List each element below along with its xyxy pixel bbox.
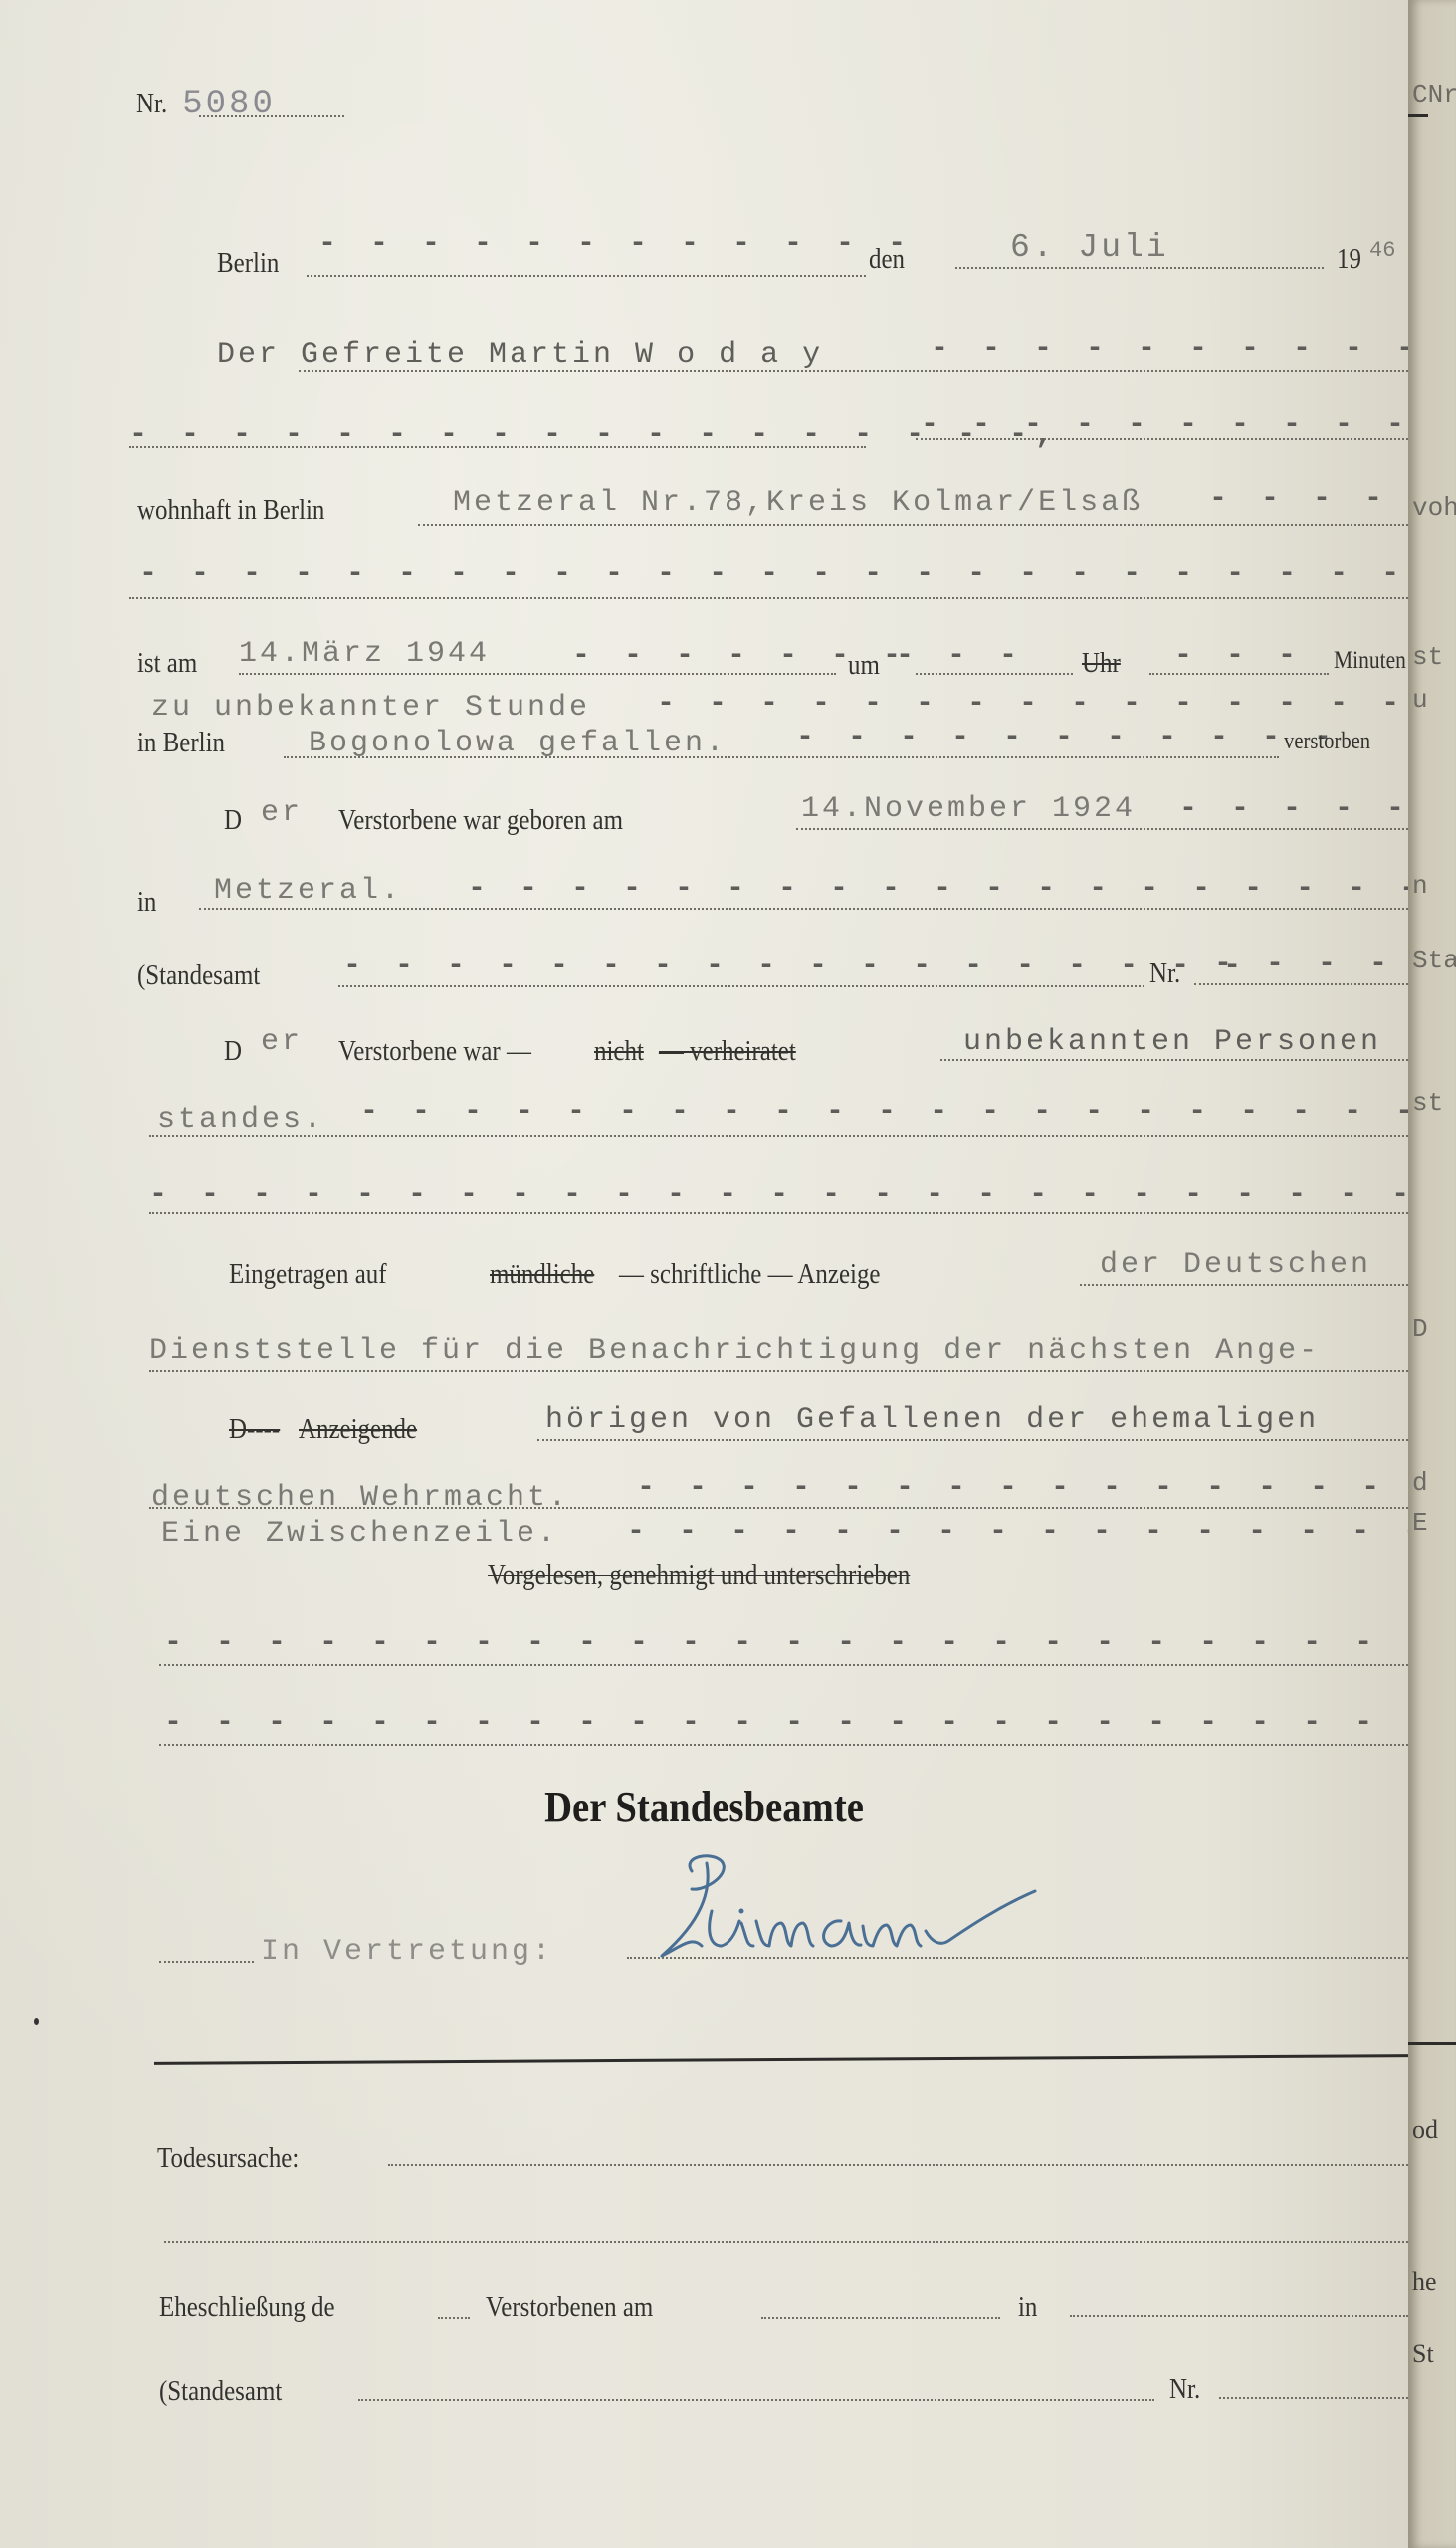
dotted-line	[199, 908, 1408, 910]
dotted-line	[199, 115, 344, 117]
marriage-in-row: in	[1018, 2291, 1041, 2324]
registrar-title: Der Standesbeamte	[85, 1782, 1324, 1832]
dotted-line	[284, 756, 1279, 758]
interline-note: Eine Zwischenzeile.	[161, 1517, 558, 1551]
marital-label: Verstorbene war —	[338, 1035, 531, 1068]
marriage-nr-field	[1219, 2397, 1408, 2399]
anzeigende-prefix: D----	[229, 1413, 280, 1446]
filler-dashes: - - -	[896, 639, 1025, 673]
filler-dashes: - - - - - - - - - - - - - - - - - - - - …	[164, 1626, 1456, 1660]
dotted-line	[438, 2317, 470, 2319]
year-row: 19 46	[1337, 243, 1395, 276]
entry-number-row: Nr. 5080	[136, 86, 276, 123]
place-date-row: Berlin	[217, 247, 290, 280]
residence-label-row: wohnhaft in Berlin	[137, 494, 355, 527]
dotted-line	[159, 1744, 1408, 1746]
birth-label: Verstorbene war geboren am	[338, 804, 623, 837]
dotted-line	[299, 370, 1408, 372]
informant-line-2: Dienststelle für die Benachrichtigung de…	[149, 1334, 1320, 1368]
birth-label-row: Verstorbene war geboren am	[338, 804, 670, 837]
dotted-line	[239, 673, 836, 675]
um-row: um	[848, 649, 885, 682]
rule-fragment	[1408, 2042, 1456, 2045]
residence-label: wohnhaft in Berlin	[137, 494, 324, 527]
dotted-line	[916, 673, 1073, 675]
marital-nicht: nicht	[594, 1035, 644, 1068]
date-label: den	[869, 243, 905, 276]
dotted-line	[537, 1439, 1408, 1441]
birth-d: D	[224, 804, 242, 837]
page-edge-text: st a	[1412, 642, 1456, 672]
death-place-label: in Berlin	[137, 727, 225, 759]
death-date-value: 14.März 1944	[239, 637, 490, 671]
birth-place-label: in	[137, 886, 156, 919]
dotted-line	[149, 1370, 1408, 1372]
page-edge-text: St	[1412, 2339, 1434, 2369]
registration-row: Eingetragen auf	[229, 1258, 412, 1291]
filler-dashes: - - - - - - - - - - -	[796, 721, 1340, 754]
page-edge-text: CNr.	[1412, 80, 1456, 109]
marriage-date-field	[761, 2317, 1000, 2319]
date-label-row: den	[869, 243, 911, 276]
death-date-label: ist am	[137, 647, 197, 680]
entry-number-label: Nr.	[136, 88, 167, 120]
dotted-line	[129, 446, 866, 448]
person-name-line: Der Gefreite Martin W o d a y	[217, 338, 823, 372]
birth-nr-row: Nr.	[1149, 957, 1185, 990]
marriage-standesamt-field	[358, 2399, 1154, 2401]
marriage-nr-label: Nr.	[1169, 2373, 1200, 2406]
signature-ink	[652, 1851, 1050, 1961]
uhr-label: Uhr	[1082, 647, 1121, 680]
filler-dashes: - - - - - - - - - - - - - - - - - - - - …	[164, 1706, 1456, 1740]
dotted-line	[149, 1507, 1408, 1509]
page-edge-text: u	[1412, 685, 1428, 715]
minuten-label: Minuten	[1334, 647, 1406, 675]
birth-gender-suffix: er	[261, 796, 303, 830]
informant-line-4: deutschen Wehrmacht.	[151, 1481, 569, 1515]
filler-dashes: - - - - -	[1179, 792, 1412, 826]
time-note: zu unbekannter Stunde	[151, 691, 590, 725]
cause-of-death-label: Todesursache:	[157, 2142, 299, 2175]
birth-standesamt-label: (Standesamt	[137, 959, 260, 992]
filler-dashes: - - - - - - - - - - - - - - -	[657, 687, 1407, 721]
section-divider	[154, 2054, 1410, 2065]
dotted-line	[1149, 673, 1329, 675]
dotted-line	[159, 1961, 254, 1963]
dotted-line	[129, 597, 1408, 599]
marriage-label: Eheschließung de	[159, 2291, 335, 2324]
date-value: 6. Juli	[1010, 229, 1169, 266]
dotted-line	[1194, 983, 1408, 985]
page-edge-text: he	[1412, 2267, 1437, 2297]
page-edge-text: D	[1412, 1314, 1428, 1344]
year-prefix: 19	[1337, 243, 1361, 276]
birth-nr-label: Nr.	[1149, 957, 1180, 990]
page-edge-text: od	[1412, 2115, 1438, 2145]
filler-dashes: - - - - - - - - - - - -	[921, 408, 1456, 442]
informant-line-1: der Deutschen	[1100, 1248, 1371, 1282]
verstorben-row: verstorben	[1284, 729, 1384, 755]
anzeigende-label: Anzeigende	[299, 1413, 417, 1446]
marital-d: D	[224, 1035, 242, 1068]
filler-dashes: - - - - - - - - - - - - - - - - - -	[627, 1515, 1456, 1549]
marital-gender-suffix: er	[261, 1025, 303, 1059]
birth-place-row: in	[137, 886, 160, 919]
marital-row: D	[224, 1035, 245, 1068]
marriage-standesamt-row: (Standesamt	[159, 2375, 302, 2408]
page-edge-text: st	[1412, 1088, 1443, 1118]
birth-row: D	[224, 804, 245, 837]
uhr-row: Uhr	[1082, 647, 1127, 680]
in-vertretung-label: In Vertretung:	[261, 1935, 553, 1969]
filler-dashes: - - -	[1174, 639, 1304, 673]
vorgelesen-text: Vorgelesen, genehmigt und unterschrieben	[488, 1559, 910, 1592]
registration-muendliche: mündliche	[490, 1258, 594, 1291]
anzeigende-label-row: Anzeigende	[299, 1413, 437, 1446]
dotted-line	[149, 1212, 1408, 1214]
registration-muendliche-row: mündliche	[490, 1258, 611, 1291]
birth-place-value: Metzeral.	[214, 874, 402, 908]
filler-dashes: - - - - - - - - - - - - - - - - -	[637, 1471, 1456, 1505]
marriage-verstorbenen-row: Verstorbenen am	[486, 2291, 681, 2324]
birth-standesamt-row: (Standesamt	[137, 959, 280, 992]
marital-options-row: nicht	[594, 1035, 652, 1068]
marriage-row: Eheschließung de	[159, 2291, 363, 2324]
anzeigende-row: D----	[229, 1413, 289, 1446]
registration-schriftliche: — schriftliche — Anzeige	[619, 1258, 880, 1291]
cause-of-death-field	[388, 2164, 1408, 2166]
marriage-in-label: in	[1018, 2291, 1037, 2324]
informant-line-3: hörigen von Gefallenen der ehemaligen	[545, 1403, 1319, 1437]
place-label: Berlin	[217, 247, 279, 280]
adjacent-page-edge: CNr. voh st a u n Sta st D d E od he St	[1408, 0, 1456, 2548]
page-edge-text: voh	[1412, 493, 1456, 523]
registration-schriftliche-row: — schriftliche — Anzeige	[619, 1258, 923, 1291]
marital-value-2: standes.	[157, 1103, 324, 1137]
filler-dashes: - - - - - - - - - - - - - - - - - - - - …	[149, 1178, 1456, 1212]
filler-dashes: - - - - - - - - - - - - - - - - - - - - …	[139, 557, 1456, 591]
filler-dashes: - - - - - - - - - - -	[931, 332, 1456, 366]
dotted-line	[307, 275, 866, 277]
dotted-line	[916, 438, 1408, 440]
death-place-value: Bogonolowa gefallen.	[309, 727, 727, 760]
dotted-line	[418, 524, 1408, 526]
marital-verheiratet-row: — verheiratet	[659, 1035, 818, 1068]
vorgelesen-row: Vorgelesen, genehmigt und unterschrieben	[488, 1559, 978, 1592]
cause-of-death-row: Todesursache:	[157, 2142, 321, 2175]
marital-label-row: Verstorbene war —	[338, 1035, 562, 1068]
marital-verheiratet: — verheiratet	[659, 1035, 796, 1068]
cause-of-death-field-2	[164, 2241, 1408, 2243]
page-edge-text: n	[1412, 871, 1428, 901]
birth-date-value: 14.November 1924	[801, 792, 1136, 826]
register-page: Nr. 5080 Berlin - - - - - - - - - - - - …	[0, 0, 1408, 2548]
dotted-line	[955, 267, 1324, 269]
year-suffix: 46	[1369, 238, 1395, 263]
dotted-line	[796, 828, 1408, 830]
marital-value-1: unbekannten Personen	[963, 1025, 1381, 1059]
registration-label: Eingetragen auf	[229, 1258, 387, 1291]
entry-number: 5080	[182, 86, 276, 123]
marriage-verstorbenen-label: Verstorbenen am	[486, 2291, 653, 2324]
page-edge-text: d	[1412, 1468, 1428, 1498]
dotted-line	[338, 985, 1144, 987]
rule-fragment	[1408, 114, 1428, 117]
dotted-line	[159, 1664, 1408, 1666]
filler-dashes: - - - -	[1214, 948, 1395, 981]
filler-dashes: - - - -	[1209, 482, 1390, 516]
death-place-row: in Berlin	[137, 727, 239, 759]
marriage-nr-row: Nr.	[1169, 2373, 1205, 2406]
dotted-line	[940, 1059, 1408, 1061]
page-edge-text: E	[1412, 1508, 1428, 1538]
residence-value: Metzeral Nr.78,Kreis Kolmar/Elsaß	[453, 486, 1143, 520]
um-label: um	[848, 649, 880, 682]
marriage-place-field	[1070, 2315, 1408, 2317]
registrar-signature: Reimann	[652, 1851, 1050, 1961]
filler-dashes: - - - - - - - - - - - -	[318, 227, 914, 261]
filler-dashes: - - - - - - - - - - - - - - - - - -	[343, 950, 1249, 983]
filler-dashes: - - - - - - - - - - - - - - - - - - - - …	[360, 1095, 1456, 1129]
minuten-row: Minuten	[1334, 647, 1418, 675]
dotted-line	[1080, 1284, 1408, 1286]
marriage-standesamt-label: (Standesamt	[159, 2375, 282, 2408]
dotted-line	[149, 1135, 1408, 1137]
verstorben-label: verstorben	[1284, 729, 1370, 755]
filler-dashes: - - - - - - - - - - - - - - - - - - - - …	[468, 872, 1456, 906]
death-row: ist am	[137, 647, 207, 680]
ink-speck	[34, 2018, 39, 2025]
page-edge-text: Sta	[1412, 946, 1456, 975]
